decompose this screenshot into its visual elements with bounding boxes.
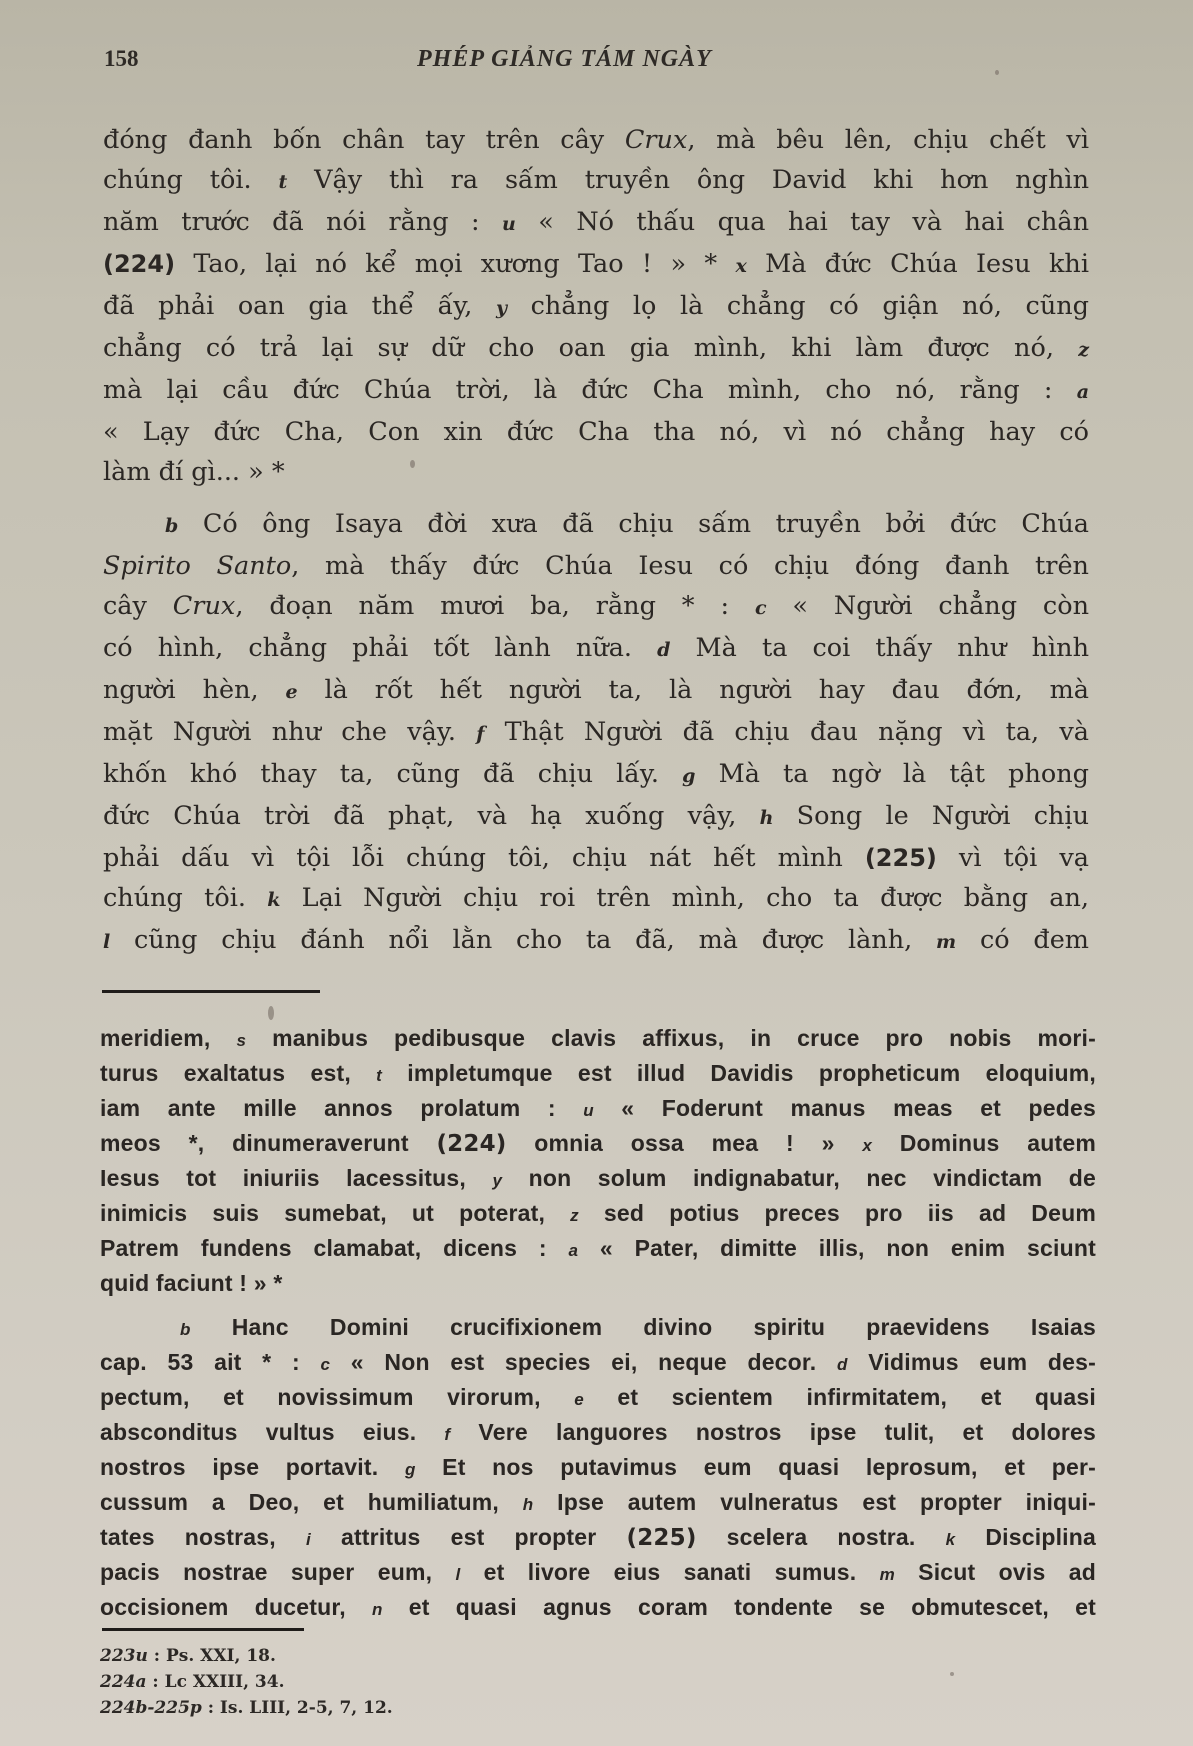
page-reference: (225) [865, 844, 937, 872]
verse-marker: b [165, 515, 178, 537]
verse-marker: m [880, 1565, 895, 1584]
body-line: phải dấu vì tội lỗi chúng tôi, chịu nát … [103, 838, 1089, 878]
verse-marker: z [570, 1206, 579, 1225]
latin-line: Patrem fundens clamabat, dicens : a « Pa… [100, 1232, 1096, 1267]
paper-speck [268, 1006, 274, 1020]
paper-speck [950, 1672, 954, 1676]
paragraph-gap [100, 1299, 1096, 1311]
body-line: chúng tôi. k Lại Người chịu roi trên mìn… [103, 878, 1089, 920]
latin-line: absconditus vultus eius. f Vere languore… [100, 1416, 1096, 1451]
body-line: mặt Người như che vậy. f Thật Người đã c… [103, 712, 1089, 754]
verse-marker: t [278, 171, 287, 193]
body-line: khốn khó thay ta, cũng đã chịu lấy. g Mà… [103, 754, 1089, 796]
book-page: 158 PHÉP GIẢNG TÁM NGÀY đóng đanh bốn ch… [0, 0, 1193, 1746]
body-line: (224) Tao, lại nó kể mọi xương Tao ! » *… [103, 244, 1089, 286]
verse-marker: k [267, 889, 280, 911]
latin-line: inimicis suis sumebat, ut poterat, z sed… [100, 1197, 1096, 1232]
latin-line: pacis nostrae super eum, l et livore eiu… [100, 1556, 1096, 1591]
scripture-citations: 223u : Ps. XXI, 18. 224a : Lc XXIII, 34.… [100, 1643, 393, 1721]
verse-marker: c [320, 1355, 330, 1374]
page-header: 158 PHÉP GIẢNG TÁM NGÀY [104, 46, 984, 80]
latin-line: nostros ipse portavit. g Et nos putavimu… [100, 1451, 1096, 1486]
latin-line: meos *, dinumeraverunt (224) omnia ossa … [100, 1127, 1096, 1162]
verse-marker: x [735, 255, 746, 277]
paper-speck [410, 460, 415, 468]
citation: 224b-225p : Is. LIII, 2-5, 7, 12. [100, 1695, 393, 1721]
latin-line: quid faciunt ! » * [100, 1267, 1096, 1299]
body-line: chúng tôi. t Vậy thì ra sấm truyền ông D… [103, 160, 1089, 202]
verse-marker: u [502, 213, 516, 235]
latin-line: tates nostras, i attritus est propter (2… [100, 1521, 1096, 1556]
latin-line: cap. 53 ait * : c « Non est species ei, … [100, 1346, 1096, 1381]
latin-line: pectum, et novissimum virorum, e et scie… [100, 1381, 1096, 1416]
verse-marker: y [492, 1171, 502, 1190]
verse-marker: d [837, 1355, 848, 1374]
verse-marker: a [1077, 381, 1089, 403]
verse-marker: z [1078, 339, 1089, 361]
verse-marker: a [569, 1241, 579, 1260]
citation: 223u : Ps. XXI, 18. [100, 1643, 393, 1669]
body-line: làm đí gì... » * [103, 452, 1089, 492]
paper-speck [995, 70, 999, 75]
page-number: 158 [104, 46, 139, 72]
verse-marker: u [583, 1101, 594, 1120]
latin-line: cussum a Deo, et humiliatum, h Ipse aute… [100, 1486, 1096, 1521]
verse-marker: x [862, 1136, 872, 1155]
verse-marker: n [372, 1600, 383, 1619]
body-line: đã phải oan gia thể ấy, y chẳng lọ là ch… [103, 286, 1089, 328]
body-line: chẳng có trả lại sự dữ cho oan gia mình,… [103, 328, 1089, 370]
latin-parallel-text: meridiem, s manibus pedibusque clavis af… [100, 1022, 1096, 1626]
verse-marker: d [657, 639, 670, 661]
verse-marker: c [755, 597, 767, 619]
citations-divider [102, 1628, 304, 1631]
verse-marker: k [946, 1530, 956, 1549]
verse-marker: y [496, 297, 507, 319]
verse-marker: m [936, 931, 956, 953]
latin-line: meridiem, s manibus pedibusque clavis af… [100, 1022, 1096, 1057]
verse-marker: h [760, 807, 774, 829]
page-reference: (224) [436, 1131, 506, 1157]
latin-line: turus exaltatus est, t impletumque est i… [100, 1057, 1096, 1092]
body-line: có hình, chẳng phải tốt lành nữa. d Mà t… [103, 628, 1089, 670]
latin-line: b Hanc Domini crucifixionem divino spiri… [100, 1311, 1096, 1346]
paragraph-gap [103, 492, 1089, 504]
verse-marker: g [682, 765, 695, 787]
body-line: người hèn, e là rốt hết người ta, là ngư… [103, 670, 1089, 712]
page-reference: (225) [627, 1525, 697, 1551]
section-divider [102, 990, 320, 993]
latin-line: iam ante mille annos prolatum : u « Fode… [100, 1092, 1096, 1127]
verse-marker: g [405, 1460, 416, 1479]
body-line: cây Crux, đoạn năm mươi ba, rằng * : c «… [103, 586, 1089, 628]
body-line: năm trước đã nói rằng : u « Nó thấu qua … [103, 202, 1089, 244]
citation: 224a : Lc XXIII, 34. [100, 1669, 393, 1695]
latin-line: occisionem ducetur, n et quasi agnus cor… [100, 1591, 1096, 1626]
verse-marker: b [180, 1320, 191, 1339]
verse-marker: e [574, 1390, 584, 1409]
latin-line: Iesus tot iniuriis lacessitus, y non sol… [100, 1162, 1096, 1197]
page-reference: (224) [103, 250, 175, 278]
body-line: Spirito Santo, mà thấy đức Chúa Iesu có … [103, 546, 1089, 586]
body-line: đức Chúa trời đã phạt, và hạ xuống vậy, … [103, 796, 1089, 838]
body-line: b Có ông Isaya đời xưa đã chịu sấm truyề… [103, 504, 1089, 546]
body-line: l cũng chịu đánh nổi lằn cho ta đã, mà đ… [103, 920, 1089, 962]
vietnamese-body-text: đóng đanh bốn chân tay trên cây Crux, mà… [103, 120, 1089, 962]
body-line: mà lại cầu đức Chúa trời, là đức Cha mìn… [103, 370, 1089, 412]
verse-marker: h [523, 1495, 534, 1514]
body-line: đóng đanh bốn chân tay trên cây Crux, mà… [103, 120, 1089, 160]
body-line: « Lạy đức Cha, Con xin đức Cha tha nó, v… [103, 412, 1089, 452]
verse-marker: e [286, 681, 298, 703]
running-title: PHÉP GIẢNG TÁM NGÀY [417, 46, 712, 73]
verse-marker: s [236, 1031, 246, 1050]
